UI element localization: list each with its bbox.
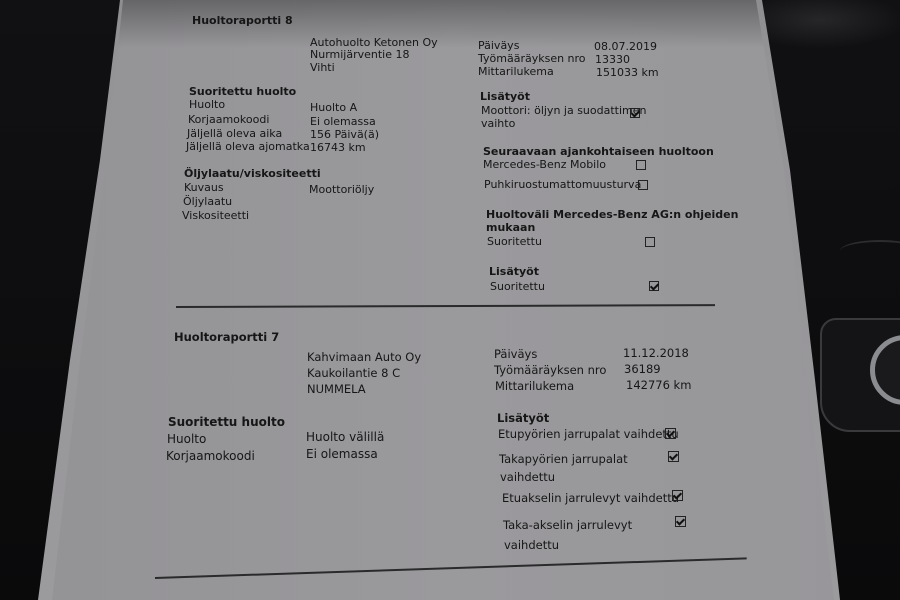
meta-date: 11.12.2018 [623,346,689,360]
report-title: Huoltoraportti 7 [174,330,279,344]
interval-checkbox[interactable] [645,237,655,247]
service-value: 156 Päivä(ä) [310,128,379,141]
oil-label: Öljylaatu [183,195,232,208]
extra-work-label: vaihdettu [504,538,559,552]
rear-brake-pads-checkbox[interactable] [668,451,679,462]
service-value: Huolto A [310,101,357,114]
section-heading: Huoltoväli Mercedes-Benz AG:n ohjeiden [486,208,738,221]
section-heading: mukaan [486,221,535,234]
service-value: Huolto välillä [306,430,384,444]
section-heading: Seuraavaan ajankohtaiseen huoltoon [483,145,714,158]
extra-work-label: Takapyörien jarrupalat [499,452,628,466]
section-heading: Lisätyöt [489,265,539,278]
meta-odometer: 142776 km [626,378,691,392]
report-title: Huoltoraportti 8 [192,14,293,27]
workshop-city: Vihti [310,61,335,74]
workshop-street: Kaukoilantie 8 C [307,366,400,380]
next-service-label: Mercedes-Benz Mobilo [483,158,606,171]
section-heading: Suoritettu huolto [168,415,285,429]
extra-work-label: Etupyörien jarrupalat vaihdettu [498,427,679,441]
extra-work-2-checkbox[interactable] [649,281,659,291]
meta-work-order: 36189 [624,362,661,376]
service-value: 16743 km [310,141,366,154]
service-label: Huolto [167,432,206,446]
mobilo-checkbox[interactable] [636,160,646,170]
extra-work-checkbox[interactable] [630,108,640,118]
extra-work-label: Etuakselin jarrulevyt vaihdettu [502,491,679,505]
meta-label: Työmääräyksen nro [494,363,606,377]
service-label: Korjaamokoodi [188,113,269,126]
meta-odometer: 151033 km [596,66,659,79]
meta-work-order: 13330 [595,53,630,66]
meta-label: Mittarilukema [495,379,574,393]
workshop-name: Kahvimaan Auto Oy [307,350,421,364]
oil-label: Kuvaus [184,181,224,194]
extra-work-label: vaihdettu [500,470,555,484]
section-heading: Öljylaatu/viskositeetti [184,167,321,180]
section-heading: Suoritettu huolto [189,85,296,98]
service-document-page [0,0,900,600]
rear-brake-discs-checkbox[interactable] [675,516,686,527]
front-brake-discs-checkbox[interactable] [672,490,683,501]
service-value: Ei olemassa [310,115,376,128]
oil-label: Viskositeetti [182,209,249,222]
extra-work-label: Taka-akselin jarrulevyt [503,518,632,532]
rust-warranty-checkbox[interactable] [638,180,648,190]
service-label: Korjaamokoodi [166,449,255,463]
service-label: Jäljellä oleva aika [187,127,282,140]
service-label: Huolto [189,98,225,111]
extra-work-2-label: Suoritettu [490,280,545,293]
service-label: Jäljellä oleva ajomatka [186,140,310,153]
interval-label: Suoritettu [487,235,542,248]
section-heading: Lisätyöt [480,90,530,103]
section-heading: Lisätyöt [497,411,549,425]
meta-label: Mittarilukema [478,65,554,78]
next-service-label: Puhkiruostumattomuusturva [484,178,641,191]
meta-label: Päiväys [494,347,537,361]
meta-label: Työmääräyksen nro [478,52,586,65]
workshop-city: NUMMELA [307,382,366,396]
dashboard-trim [840,240,900,262]
meta-date: 08.07.2019 [594,40,657,53]
front-brake-pads-checkbox[interactable] [665,428,676,439]
oil-value: Moottoriöljy [309,183,374,196]
extra-work-label: Moottori: öljyn ja suodattimen [481,104,647,117]
service-value: Ei olemassa [306,447,378,461]
workshop-street: Nurmijärventie 18 [310,48,410,61]
extra-work-label: vaihto [481,117,515,130]
meta-label: Päiväys [478,39,519,52]
